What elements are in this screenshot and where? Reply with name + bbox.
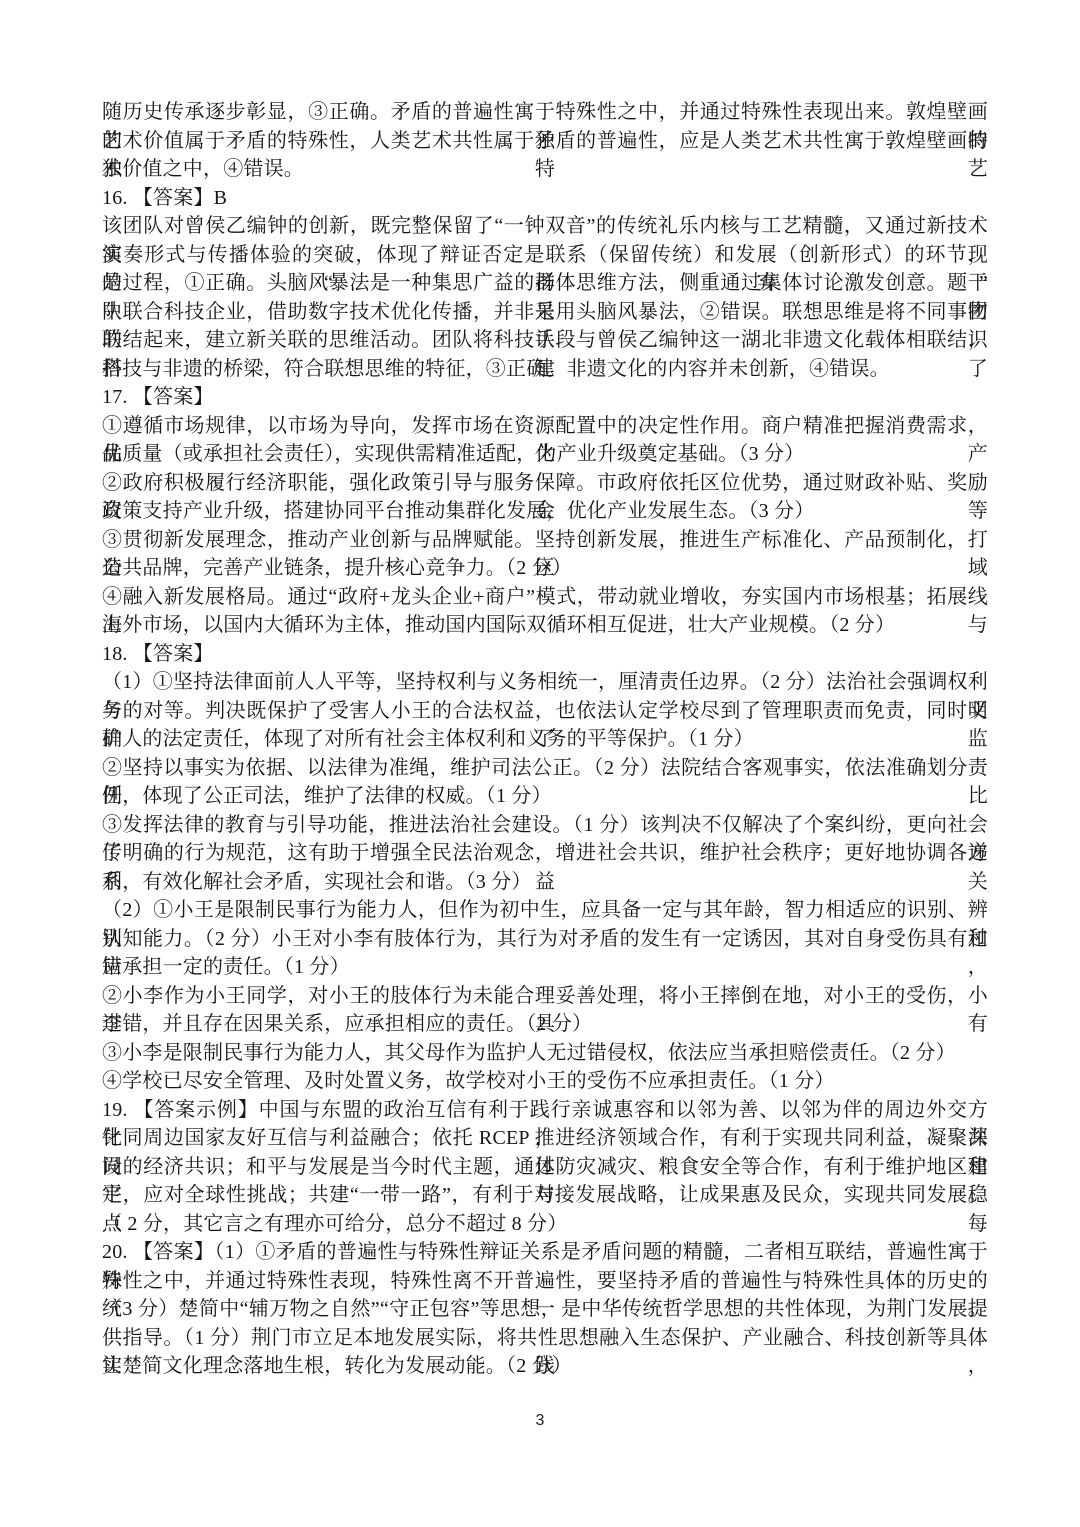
text-line: 18. 【答案】 (102, 640, 988, 669)
page-number: 3 (0, 1412, 1080, 1430)
text-line: 定，应对全球性挑战；共建“一带一路”，有利于对接发展战略，让成果惠及民众，实现共… (102, 1181, 988, 1210)
text-line: 20. 【答案】（1）①矛盾的普遍性与特殊性辩证关系是矛盾问题的精髓，二者相互联… (102, 1238, 988, 1267)
document-page: 随历史传承逐步彰显，③正确。矛盾的普遍性寓于特殊性之中，并通过特殊性表现出来。敦… (0, 0, 1080, 1527)
text-line: （1）①坚持法律面前人人平等，坚持权利与义务相统一，厘清责任边界。（2 分）法治… (102, 668, 988, 697)
text-line: 科技与非遗的桥梁，符合联想思维的特征，③正确。非遗文化的内容并未创新，④错误。 (102, 355, 988, 384)
text-line: 务的对等。判决既保护了受害人小王的合法权益，也依法认定学校尽到了管理职责而免责，… (102, 697, 988, 726)
answer-key-content: 随历史传承逐步彰显，③正确。矛盾的普遍性寓于特殊性之中，并通过特殊性表现出来。敦… (102, 98, 988, 1381)
text-line: ③小李是限制民事行为能力人，其父母作为监护人无过错侵权，依法应当承担赔偿责任。（… (102, 1039, 988, 1068)
text-line: 认知能力。（2 分）小王对小李有肢体行为，其行为对矛盾的发生有一定诱因，其对自身… (102, 925, 988, 954)
text-line: ④学校已尽安全管理、及时处置义务，故学校对小王的受伤不应承担责任。（1 分） (102, 1067, 988, 1096)
text-line: 艺术价值属于矛盾的特殊性，人类艺术共性属于矛盾的普遍性，应是人类艺术共性寓于敦煌… (102, 127, 988, 156)
text-line: 19. 【答案示例】中国与东盟的政治互信有利于践行亲诚惠容和以邻为善、以邻为伴的… (102, 1096, 988, 1125)
text-line: 殊性之中，并通过特殊性表现，特殊性离不开普遍性，要坚持矛盾的普遍性与特殊性具体的… (102, 1267, 988, 1296)
text-line: （2）①小王是限制民事行为能力人，但作为初中生，应具备一定与其年龄，智力相适应的… (102, 896, 988, 925)
text-line: 演奏形式与传播体验的突破，体现了辩证否定是联系（保留传统）和发展（创新形式）的环… (102, 241, 988, 270)
text-line: 16. 【答案】B (102, 184, 988, 213)
text-line: ②小李作为小王同学，对小王的肢体行为未能合理妥善处理，将小王摔倒在地，对小王的受… (102, 982, 988, 1011)
text-line: ③贯彻新发展理念，推动产业创新与品牌赋能。坚持创新发展，推进生产标准化、产品预制… (102, 526, 988, 555)
text-line: 供指导。（1 分）荆门市立足本地发展实际，将共性思想融入生态保护、产业融合、科技… (102, 1324, 988, 1353)
text-line: 17. 【答案】 (102, 383, 988, 412)
text-line: ②坚持以事实为依据、以法律为准绳，维护司法公正。（2 分）法院结合客观事实，依法… (102, 754, 988, 783)
text-line: ③发挥法律的教育与引导功能，推进法治社会建设。（1 分）该判决不仅解决了个案纠纷… (102, 811, 988, 840)
text-line: ④融入新发展格局。通过“政府+龙头企业+商户”模式，带动就业增收，夯实国内市场根… (102, 583, 988, 612)
text-line: 化同周边国家友好互信与利益融合；依托 RCEP 推进经济领域合作，有利于实现共同… (102, 1124, 988, 1153)
text-line: ①遵循市场规律，以市场为导向，发挥市场在资源配置中的决定性作用。商户精准把握消费… (102, 412, 988, 441)
text-line: 海外市场，以国内大循环为主体，推动国内国际双循环相互促进，壮大产业规模。（2 分… (102, 611, 988, 640)
text-line: ②政府积极履行经济职能，强化政策引导与服务保障。市政府依托区位优势，通过财政补贴… (102, 469, 988, 498)
text-line: 的过程，①正确。头脑风暴法是一种集思广益的群体思维方法，侧重通过集体讨论激发创意… (102, 269, 988, 298)
text-line: 联结起来，建立新关联的思维活动。团队将科技手段与曾侯乙编钟这一湖北非遗文化载体相… (102, 326, 988, 355)
text-line: 设的经济共识；和平与发展是当今时代主题，通过防灾减灾、粮食安全等合作，有利于维护… (102, 1153, 988, 1182)
text-line: 随历史传承逐步彰显，③正确。矛盾的普遍性寓于特殊性之中，并通过特殊性表现出来。敦… (102, 98, 988, 127)
text-line: （3 分）楚简中“辅万物之自然”“守正包容”等思想，是中华传统哲学思想的共性体现… (102, 1295, 988, 1324)
text-line: 了明确的行为规范，这有助于增强全民法治观念，增进社会共识，维护社会秩序；更好地协… (102, 839, 988, 868)
text-line: 该团队对曾侯乙编钟的创新，既完整保留了“一钟双音”的传统礼乐内核与工艺精髓，又通… (102, 212, 988, 241)
text-line: 队联合科技企业，借助数字技术优化传播，并非采用头脑风暴法，②错误。联想思维是将不… (102, 298, 988, 327)
